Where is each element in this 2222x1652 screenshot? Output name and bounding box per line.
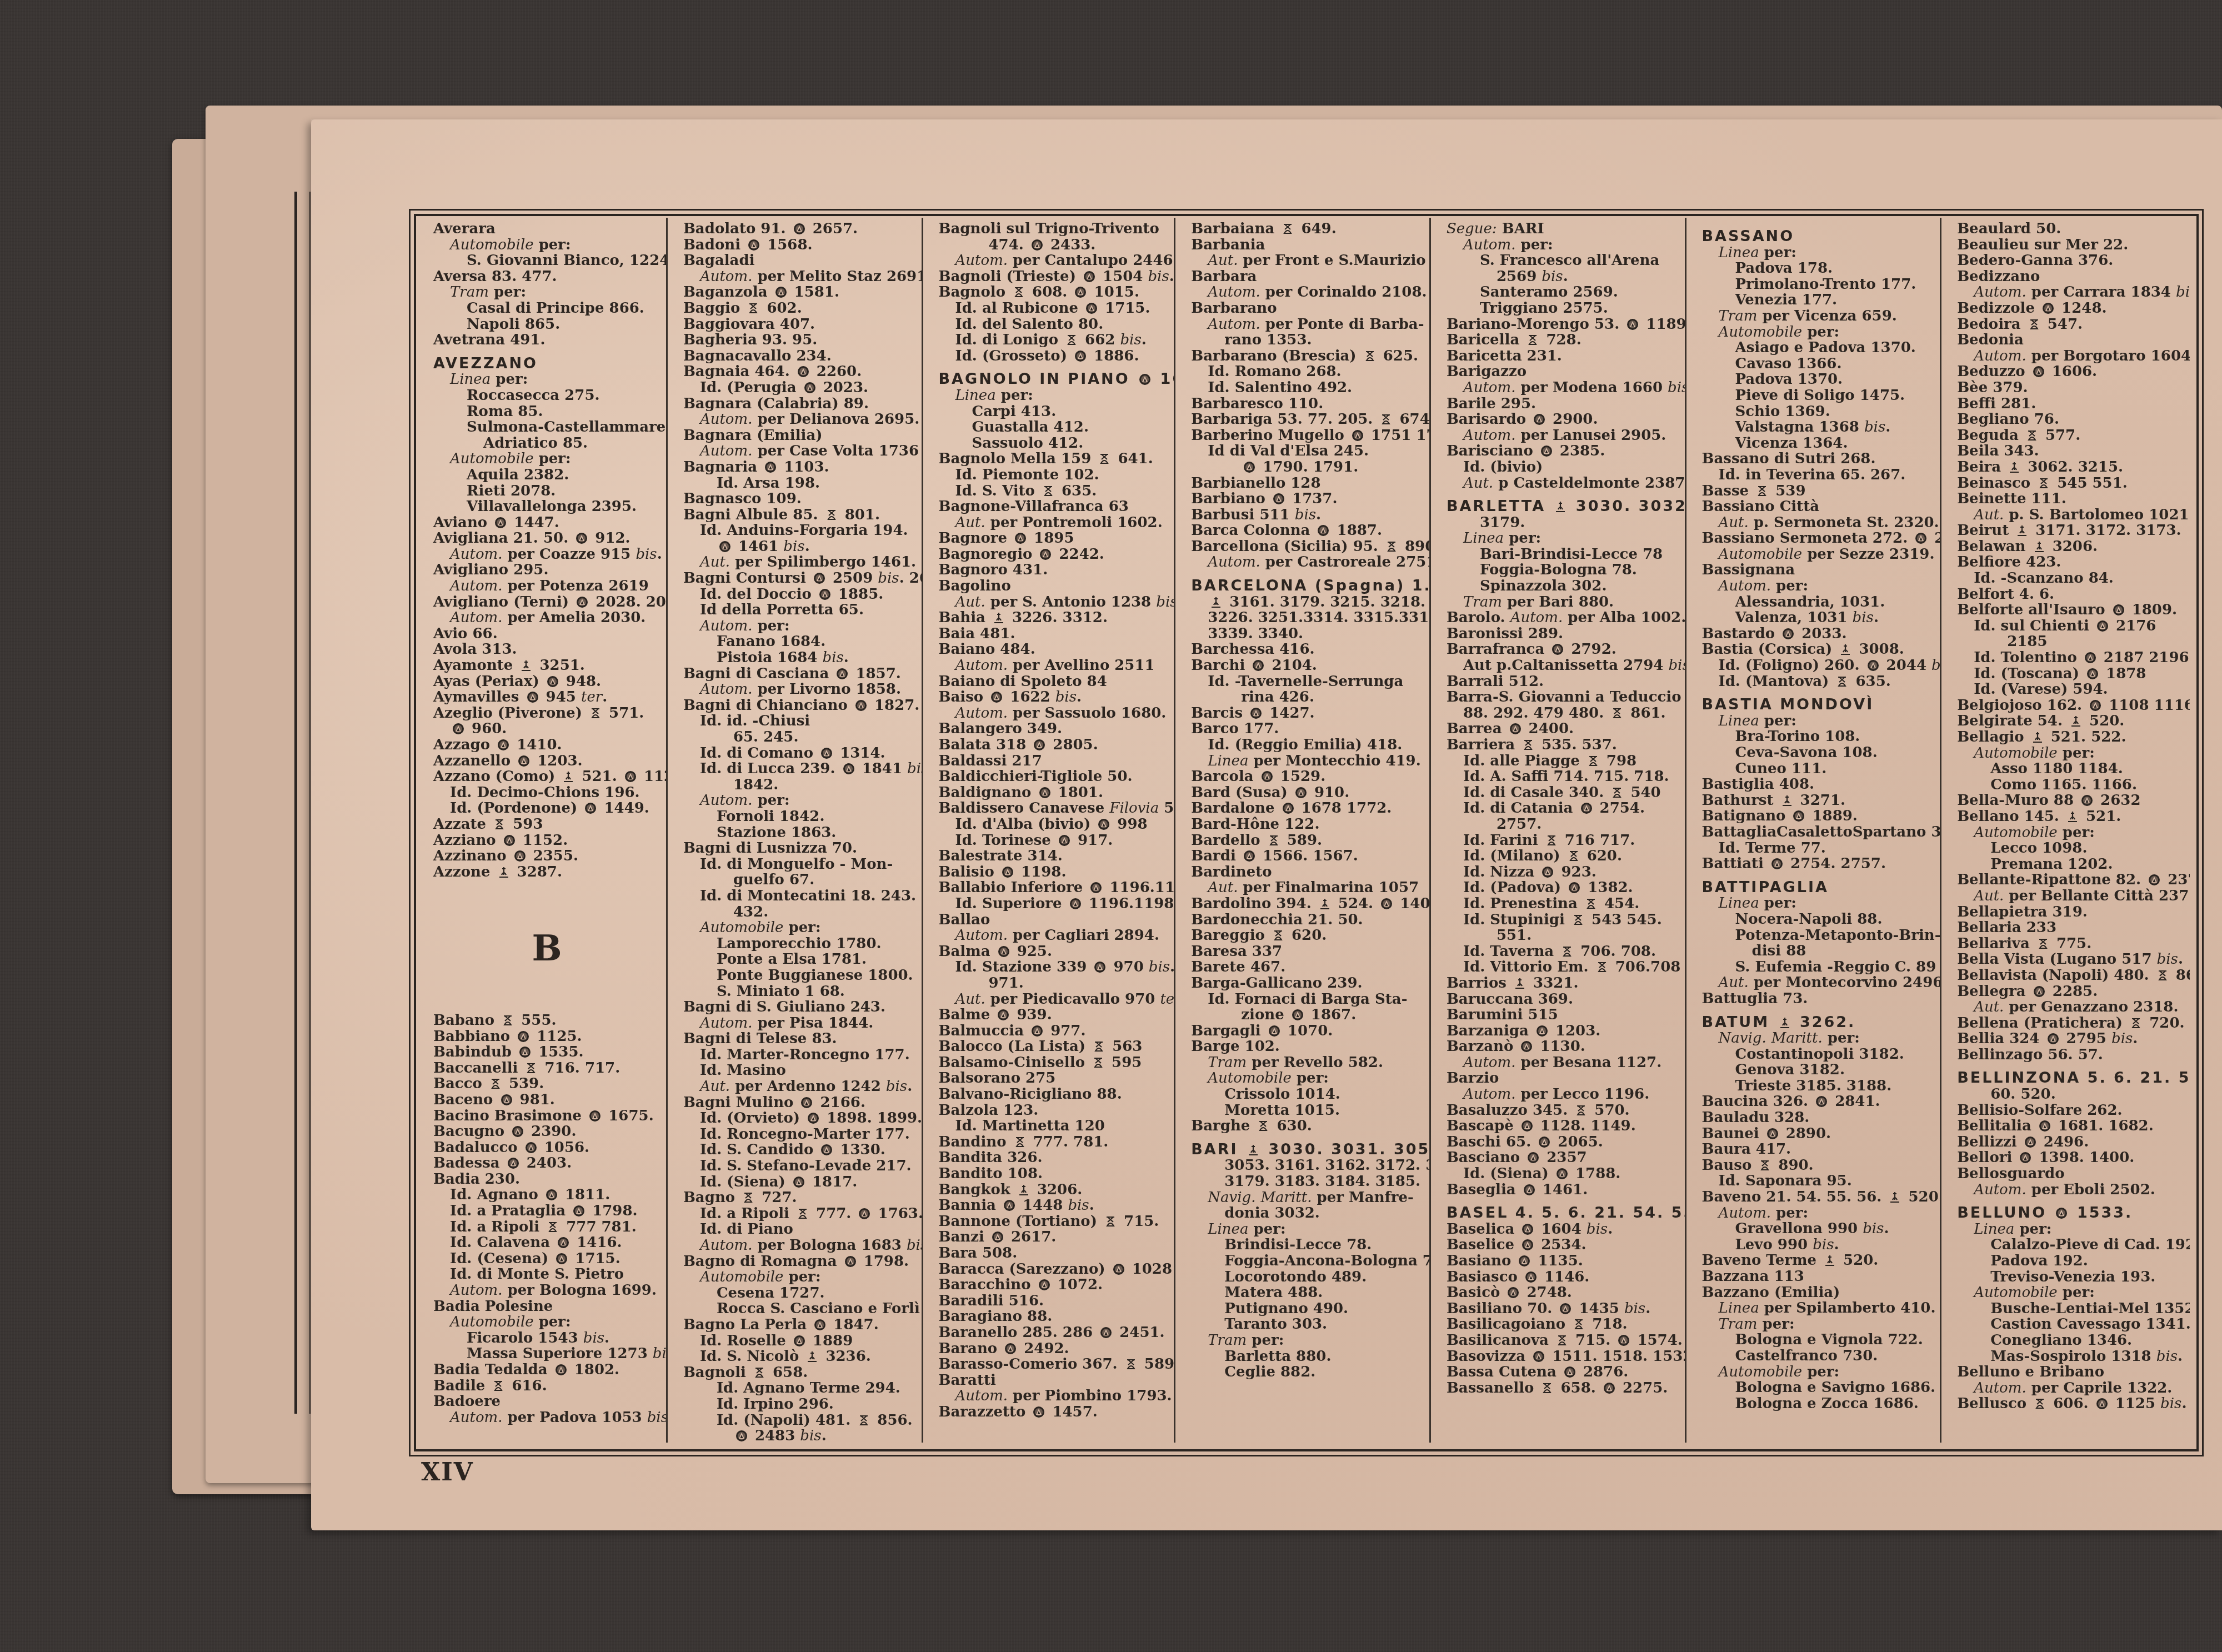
index-subentry: Automobile per: [1702, 1364, 1935, 1380]
automobile-icon [518, 755, 530, 767]
index-entry: Bagnone-Villafranca 63 [939, 499, 1169, 515]
automobile-icon [1098, 818, 1110, 830]
index-entry: Bellisio-Solfare 262. [1957, 1103, 2184, 1119]
automobile-icon [748, 239, 760, 251]
index-entry: Bedizzole 1248. [1957, 301, 2184, 317]
index-entry: Balmuccia 977. [939, 1023, 1169, 1039]
automobile-icon [1766, 1128, 1779, 1140]
index-entry: Bandino 777. 781. [939, 1134, 1169, 1150]
automobile-icon [1564, 1366, 1576, 1378]
index-entry: Azzanello 1203. [433, 753, 660, 769]
automobile-icon [1282, 802, 1294, 814]
index-entry: Bangkok 3206. [939, 1182, 1169, 1198]
index-entry: Badessa 2403. [433, 1155, 660, 1172]
automobile-icon [1003, 1199, 1015, 1212]
index-subentry: Id. S. Candido 1330. [683, 1142, 916, 1158]
index-entry: Bagnasco 109. [683, 491, 916, 507]
index-subentry: Potenza-Metaponto-Brin- [1702, 928, 1935, 944]
anchor-ship-icon [1018, 1184, 1030, 1196]
automobile-icon [497, 739, 509, 751]
automobile-icon [503, 834, 516, 847]
index-subentry: Id. Irpino 296. [683, 1396, 916, 1413]
index-subentry: Automobile per: [433, 1314, 660, 1330]
column-2: Badolato 91. 2657.Badoni 1568.BagaladiAu… [668, 218, 923, 1443]
index-subentry: Id. Tolentino 2187 2196 bis [1957, 650, 2184, 666]
automobile-icon [1782, 628, 1794, 640]
index-entry: Barbiano 1737. [1191, 491, 1424, 507]
index-subentry: Tram per Vicenza 659. [1702, 308, 1935, 324]
index-subentry: Autom. per: [683, 793, 916, 809]
index-subentry: Automobile per: [1957, 745, 2184, 762]
index-entry: Balsamo-Cinisello 595 [939, 1055, 1169, 1071]
automobile-icon [814, 1319, 826, 1331]
tram-bell-icon [1541, 1382, 1553, 1394]
city-heading: BARCELONA (Spagna) 1. [1191, 578, 1424, 594]
index-subentry: Sassuolo 412. [939, 435, 1169, 452]
automobile-icon [519, 1046, 531, 1058]
tram-bell-icon [1092, 1057, 1104, 1069]
automobile-icon [2019, 1152, 2031, 1164]
index-entry: Beaulieu sur Mer 22. [1957, 237, 2184, 253]
index-entry: Basciano 2357 [1447, 1150, 1679, 1166]
index-entry: Barga-Gallicano 239. [1191, 975, 1424, 992]
index-entry: Beinasco 545 551. [1957, 475, 2184, 492]
index-entry: Bauso 890. [1702, 1158, 1935, 1174]
index-subentry: Automobile per: [1702, 324, 1935, 341]
index-subentry: 3053. 3161. 3162. 3172. 3173. [1191, 1158, 1424, 1174]
index-entry: Barile 295. [1447, 396, 1679, 412]
index-subentry: Id. del Salento 80. [939, 317, 1169, 333]
index-subentry: 2185 [1957, 634, 2184, 650]
index-subentry: Linea per: [1702, 245, 1935, 261]
tram-bell-icon [1268, 834, 1280, 847]
automobile-icon [1527, 1152, 1539, 1164]
index-subentry: Locorotondo 489. [1191, 1269, 1424, 1285]
city-heading: BAGNOLO IN PIANO 1619 [939, 372, 1169, 388]
automobile-icon [1568, 882, 1580, 894]
index-entry: Balestrate 314. [939, 848, 1169, 864]
index-entry: Bard-Hône 122. [1191, 817, 1424, 833]
tram-bell-icon [502, 1014, 514, 1027]
index-entry: Bardolino 394. 524. 1408. [1191, 896, 1424, 912]
index-subentry: Autom. per Melito Staz 2691 [683, 269, 916, 285]
index-subentry: 2483 bis. [683, 1428, 916, 1443]
index-entry: Bellariva 775. [1957, 936, 2184, 952]
index-subentry: Autom. per Bologna 1699. [433, 1283, 660, 1299]
index-entry: Baschi 65. 2065. [1447, 1134, 1679, 1150]
tram-bell-icon [1125, 1358, 1137, 1370]
index-subentry: 1790. 1791. [1191, 459, 1424, 475]
automobile-icon [1014, 532, 1027, 544]
index-entry: Azzate 593 [433, 817, 660, 833]
index-subentry: Id. Masino [683, 1063, 916, 1079]
index-subentry: Foggia-Ancona-Bologna 78 [1191, 1253, 1424, 1269]
automobile-icon [1031, 239, 1043, 251]
automobile-icon [1094, 961, 1106, 973]
index-subentry: Id. d'Alba (bivio) 998 [939, 817, 1169, 833]
index-entry: Bardonecchia 21. 50. [1191, 912, 1424, 928]
index-subentry: Id. Anduins-Forgaria 194. [683, 523, 916, 539]
index-subentry: Genova 3182. [1702, 1062, 1935, 1078]
automobile-icon [797, 366, 809, 378]
automobile-icon [1793, 810, 1805, 822]
index-entry: Balme 939. [939, 1007, 1169, 1023]
index-entry: Bandita 326. [939, 1150, 1169, 1166]
index-entry: Beira 3062. 3215. [1957, 459, 2184, 475]
index-subentry: Id. di Piano [683, 1222, 916, 1238]
index-entry: Bedonia [1957, 332, 2184, 348]
index-entry: Bellapietra 319. [1957, 904, 2184, 920]
index-entry: Barcola 1529. [1191, 769, 1424, 785]
tram-bell-icon [1585, 898, 1597, 910]
automobile-icon [1536, 1025, 1548, 1037]
index-subentry: Id. -Tavernelle-Serrunga [1191, 674, 1424, 690]
automobile-icon [494, 517, 507, 529]
index-entry: Bardalone 1678 1772. [1191, 800, 1424, 817]
automobile-icon [1273, 493, 1285, 505]
index-entry: Beduzzo 1606. [1957, 364, 2184, 380]
index-entry: Battiati 2754. 2757. [1702, 856, 1935, 872]
index-subentry: Automobile per: [433, 451, 660, 467]
index-subentry: Cuneo 111. [1702, 761, 1935, 777]
index-entry: Barolo. Autom. per Alba 1002. [1447, 610, 1679, 626]
index-subentry: Id. (Varese) 594. [1957, 682, 2184, 698]
index-subentry: Venezia 177. [1702, 292, 1935, 308]
index-entry: Baggio 602. [683, 301, 916, 317]
index-subentry: Aut. per Ardenno 1242 bis. [683, 1079, 916, 1095]
index-subentry: Autom. per Castroreale 2751 [1191, 554, 1424, 570]
index-subentry: Id. Terme 77. [1702, 840, 1935, 857]
index-entry: Barzanò 1130. [1447, 1039, 1679, 1055]
automobile-icon [1627, 318, 1639, 331]
tram-bell-icon [1596, 961, 1608, 973]
index-subentry: Ceva-Savona 108. [1702, 745, 1935, 761]
index-subentry: Aquila 2382. [433, 467, 660, 483]
index-subentry: Calalzo-Pieve di Cad. 192. [1957, 1237, 2184, 1253]
index-subentry: Aut. per Bellante Città 2373 [1957, 888, 2184, 904]
index-subentry: Asiago e Padova 1370. [1702, 340, 1935, 356]
automobile-icon [1085, 302, 1098, 314]
tram-bell-icon [1611, 787, 1623, 799]
automobile-icon [844, 1255, 857, 1268]
index-entry: Bagni di Lusnizza 70. [683, 840, 916, 857]
index-subentry: Id. (Reggio Emilia) 418. [1191, 737, 1424, 753]
tram-bell-icon [525, 1062, 537, 1074]
index-subentry: Autom. per Pisa 1844. [683, 1015, 916, 1032]
index-subentry: Id. Roncegno-Marter 177. [683, 1127, 916, 1143]
automobile-icon [1033, 1406, 1045, 1418]
tram-bell-icon [742, 1192, 754, 1204]
index-subentry: Id. S. Vito 635. [939, 483, 1169, 499]
index-entry: Baganzola 1581. [683, 284, 916, 301]
index-entry: Bacino Brasimone 1675. [433, 1108, 660, 1124]
index-subentry: Linea per: [1702, 713, 1935, 729]
automobile-icon [1295, 787, 1307, 799]
automobile-icon [1317, 524, 1329, 537]
index-subentry: Id. Farini 716 717. [1447, 833, 1679, 849]
index-subentry: Ponte Buggianese 1800. [683, 968, 916, 984]
index-subentry: Valstagna 1368 bis. [1702, 419, 1935, 435]
index-entry: Basse 539 [1702, 483, 1935, 499]
index-entry: Barcis 1427. [1191, 705, 1424, 722]
automobile-icon [1090, 882, 1102, 894]
index-subentry: Premana 1202. [1957, 857, 2184, 873]
index-entry: Barbara [1191, 269, 1424, 285]
index-entry: Baresa 337 [1191, 944, 1424, 960]
index-subentry: Autom. per Cantalupo 2446. [939, 253, 1169, 269]
index-entry: Bellante-Ripattone 82. 2375 bis [1957, 872, 2184, 888]
city-heading: BATUM 3262. [1702, 1015, 1935, 1031]
index-subentry: 474. 2433. [939, 237, 1169, 253]
index-subentry: Autom. per Bologna 1683 bis. [683, 1238, 916, 1254]
index-entry: Balangero 349. [939, 721, 1169, 737]
tram-bell-icon [1098, 453, 1110, 465]
index-entry: Balocco (La Lista) 563 [939, 1039, 1169, 1055]
automobile-icon [793, 1176, 805, 1188]
index-subentry: Asso 1180 1184. [1957, 761, 2184, 777]
index-entry: Barete 467. [1191, 959, 1424, 975]
index-entry: Badia Polesine [433, 1299, 660, 1315]
index-subentry: Autom. per Lanusei 2905. [1447, 428, 1679, 444]
index-subentry: Costantinopoli 3182. [1702, 1047, 1935, 1063]
index-subentry: Id. (Perugia 2023. [683, 380, 916, 396]
automobile-icon [589, 1110, 601, 1122]
automobile-icon [990, 691, 1003, 703]
index-entry: Bellagio 521. 522. [1957, 729, 2184, 745]
automobile-icon [2096, 620, 2109, 632]
index-entry: Avola 313. [433, 642, 660, 658]
index-entry: Beguda 577. [1957, 428, 2184, 444]
automobile-icon [557, 1237, 569, 1249]
index-entry: Basiliano 70. 1435 bis. [1447, 1301, 1679, 1317]
automobile-icon [793, 1335, 805, 1347]
automobile-icon [719, 540, 731, 553]
index-entry: Barco 177. [1191, 721, 1424, 737]
tram-bell-icon [1572, 914, 1584, 926]
index-entry: Belluno e Bribano [1957, 1364, 2184, 1380]
index-entry: Baselice 2534. [1447, 1237, 1679, 1253]
city-heading: BARLETTA 3030. 3032. 3162 [1447, 499, 1679, 515]
automobile-icon [764, 461, 777, 473]
index-subentry: Id. (bivio) [1447, 459, 1679, 475]
index-subentry: Id. Romano 268. [1191, 364, 1424, 380]
index-subentry: Autom. per Cagliari 2894. [939, 928, 1169, 944]
index-subentry: Id. (Foligno) 260. 2044 bis [1702, 658, 1935, 674]
tram-bell-icon [1568, 850, 1580, 862]
automobile-icon [1039, 548, 1052, 560]
index-subentry: Id. di Lucca 239. 1841 bis. [683, 761, 916, 777]
automobile-icon [998, 945, 1010, 958]
index-subentry: Id. id. -Chiusi [683, 713, 916, 729]
index-subentry: Id. al Rubicone 1715. [939, 301, 1169, 317]
index-entry: Badia 230. [433, 1172, 660, 1188]
index-subentry: 3179. 3183. 3184. 3185. [1191, 1174, 1424, 1190]
index-subentry: Id della Porretta 65. [683, 602, 916, 618]
index-entry: Bella Vista (Lugano 517 bis. [1957, 952, 2184, 968]
index-subentry: rano 1353. [1191, 332, 1424, 348]
index-entry: Barberino Mugello 1751 1784 [1191, 428, 1424, 444]
automobile-icon [820, 1144, 833, 1156]
index-subentry: Fornoli 1842. [683, 809, 916, 825]
index-subentry: 65. 245. [683, 729, 916, 745]
index-subentry: Tram per Revello 582. [1191, 1055, 1424, 1071]
index-subentry: Autom. per Amelia 2030. [433, 610, 660, 626]
index-subentry: Aut. per Montecorvino 2496. [1702, 975, 1935, 991]
index-columns: AveraraAutomobile per:S. Giovanni Bianco… [418, 218, 2190, 1443]
index-entry: Ballao [939, 912, 1169, 928]
automobile-icon [517, 1030, 529, 1043]
automobile-icon [793, 223, 805, 235]
index-entry: Bagno La Perla 1847. [683, 1317, 916, 1333]
index-entry: Barbariga 53. 77. 205. 674 [1191, 412, 1424, 428]
index-entry: Aversa 83. 477. [433, 269, 660, 285]
index-entry: Balsorano 275 [939, 1070, 1169, 1087]
index-entry: Baccanelli 716. 717. [433, 1060, 660, 1077]
tram-bell-icon [489, 1078, 502, 1090]
index-entry: Barghe 630. [1191, 1118, 1424, 1134]
index-entry: Baradili 516. [939, 1293, 1169, 1309]
index-subentry: S. Eufemia -Reggio C. 89 [1702, 959, 1935, 975]
automobile-icon [2033, 985, 2045, 998]
index-subentry: 3161. 3179. 3215. 3218. 3221. [1191, 594, 1424, 610]
index-subentry: 3179. [1447, 515, 1679, 531]
automobile-icon [501, 1094, 513, 1106]
index-subentry: Autom. per Livorno 1858. [683, 682, 916, 698]
index-entry: Bacugno 2390. [433, 1124, 660, 1140]
index-subentry: Taranto 303. [1191, 1316, 1424, 1333]
index-entry: Baunei 2890. [1702, 1126, 1935, 1142]
index-subentry: Vicenza 1364. [1702, 435, 1935, 452]
index-entry: Bagni Albule 85. 801. [683, 507, 916, 523]
automobile-icon [1074, 286, 1087, 298]
index-subentry: Santeramo 2569. [1447, 284, 1679, 301]
index-entry: Bargagli 1070. [1191, 1023, 1424, 1039]
index-entry: Bellizzi 2496. [1957, 1134, 2184, 1150]
index-subentry: Id. a Ripoli 777 781. [433, 1219, 660, 1235]
anchor-ship-icon [1781, 794, 1793, 807]
index-subentry: Id. (Siena) 1788. [1447, 1166, 1679, 1182]
index-subentry: zione 1867. [1191, 1007, 1424, 1023]
index-entry: Barasso-Comerio 367. 589. [939, 1356, 1169, 1373]
index-subentry: Id. Superiore 1196.1198. [939, 896, 1169, 912]
index-subentry: Linea per Montecchio 419. [1191, 753, 1424, 769]
tram-bell-icon [1836, 675, 1848, 688]
automobile-icon [1083, 271, 1095, 283]
index-subentry: S. Miniato 1 68. [683, 984, 916, 1000]
automobile-icon [804, 382, 816, 394]
tram-bell-icon [825, 509, 838, 521]
index-subentry: Autom. per Case Volta 1736 [683, 443, 916, 459]
index-entry: Battuglia 73. [1702, 991, 1935, 1007]
automobile-icon [775, 286, 787, 298]
automobile-icon [836, 668, 848, 680]
index-entry: Bèe 379. [1957, 380, 2184, 396]
index-subentry: Id. Piemonte 102. [939, 467, 1169, 483]
automobile-icon [1542, 866, 1554, 878]
index-entry: Bagnoro 431. [939, 562, 1169, 578]
index-entry: Baldassi 217 [939, 753, 1169, 769]
index-subentry: Guastalla 412. [939, 419, 1169, 435]
automobile-icon [555, 1364, 567, 1376]
index-entry: Bellusco 606. 1125 bis. [1957, 1396, 2184, 1412]
index-entry: Barca Colonna 1887. [1191, 523, 1424, 539]
index-entry: Bagni Contursi 2509 bis. 2642 [683, 570, 916, 587]
index-subentry: Linea per: [939, 388, 1169, 404]
index-entry: Barbusi 511 bis. [1191, 507, 1424, 523]
index-subentry: Levo 990 bis. [1702, 1237, 1935, 1253]
automobile-icon [1618, 1334, 1630, 1346]
automobile-icon [1002, 866, 1014, 878]
index-subentry: Valenza, 1031 bis. [1702, 610, 1935, 626]
anchor-ship-icon [1824, 1254, 1836, 1266]
index-entry: Baia 481. [939, 626, 1169, 642]
index-subentry: Cesena 1727. [683, 1285, 916, 1301]
city-heading: BASSANO [1702, 229, 1935, 245]
index-subentry: Id. Nizza 923. [1447, 864, 1679, 880]
index-subentry: Id. (Orvieto) 1898. 1899. [683, 1110, 916, 1127]
tram-bell-icon [1385, 540, 1398, 553]
tram-bell-icon [1561, 945, 1573, 958]
index-subentry: Linea per: [1447, 530, 1679, 547]
automobile-icon [1556, 1168, 1568, 1180]
index-entry: Aymavilles 945 ter. [433, 689, 660, 705]
index-subentry: Ficarolo 1543 bis. [433, 1330, 660, 1346]
index-entry: Bardineto [1191, 864, 1424, 880]
index-entry: Ayamonte 3251. [433, 658, 660, 674]
automobile-icon [1559, 1303, 1572, 1315]
index-subentry: Id. di Montecatini 18. 243. [683, 888, 916, 904]
index-subentry: Napoli 865. [433, 317, 660, 333]
index-entry: Barano 2492. [939, 1341, 1169, 1357]
index-entry: Baratti [939, 1373, 1169, 1389]
index-subentry: Id. S. Nicolò 3236. [683, 1349, 916, 1365]
index-subentry: Massa Superiore 1273 bis. [433, 1346, 660, 1362]
index-entry: Barchi 2104. [1191, 658, 1424, 674]
index-entry: Balata 318 2805. [939, 737, 1169, 753]
index-subentry: Id. Martinetta 120 [939, 1118, 1169, 1134]
tram-bell-icon [2130, 1017, 2142, 1029]
index-subentry: Id. sul Chienti 2176 [1957, 618, 2184, 634]
index-entry: Belgirate 54. 520. [1957, 713, 2184, 729]
index-entry: Baranello 285. 286 2451. [939, 1325, 1169, 1341]
automobile-icon [1771, 858, 1783, 870]
index-subentry: Padova 192. [1957, 1253, 2184, 1269]
index-subentry: Aut. per Piedicavallo 970 ter. [939, 992, 1169, 1008]
anchor-ship-icon [2033, 540, 2045, 553]
index-entry: BattagliaCasalettoSpartano 307 [1702, 824, 1935, 840]
index-entry: Bagnacavallo 234. [683, 348, 916, 364]
index-entry: Barcellona (Sicilia) 95. 890 [1191, 539, 1424, 555]
index-subentry: Stazione 1863. [683, 825, 916, 841]
index-subentry: Automobile per Sezze 2319. [1702, 547, 1935, 563]
index-subentry: Pieve di Soligo 1475. [1702, 388, 1935, 404]
automobile-icon [1522, 1239, 1534, 1251]
column-5: Segue: BARIAutom. per:S. Francesco all'A… [1431, 218, 1686, 1443]
column-4: Barbaiana 649.BarbaniaAut. per Front e S… [1175, 218, 1431, 1443]
index-subentry: Adriatico 85. [433, 435, 660, 452]
city-heading: BATTIPAGLIA [1702, 880, 1935, 896]
index-subentry: Linea per: [1957, 1222, 2184, 1238]
index-entry: Averara [433, 221, 660, 237]
index-entry: Baiso 1622 bis. [939, 689, 1169, 705]
index-subentry: Automobile per: [1957, 1285, 2184, 1301]
anchor-ship-icon [2031, 731, 2044, 743]
automobile-icon [2047, 1033, 2059, 1045]
anchor-ship-icon [806, 1350, 818, 1363]
index-subentry: Id. (Cesena) 1715. [433, 1251, 660, 1267]
index-subentry: 60. 520. [1957, 1087, 2184, 1103]
index-entry: Baiano 484. [939, 642, 1169, 658]
